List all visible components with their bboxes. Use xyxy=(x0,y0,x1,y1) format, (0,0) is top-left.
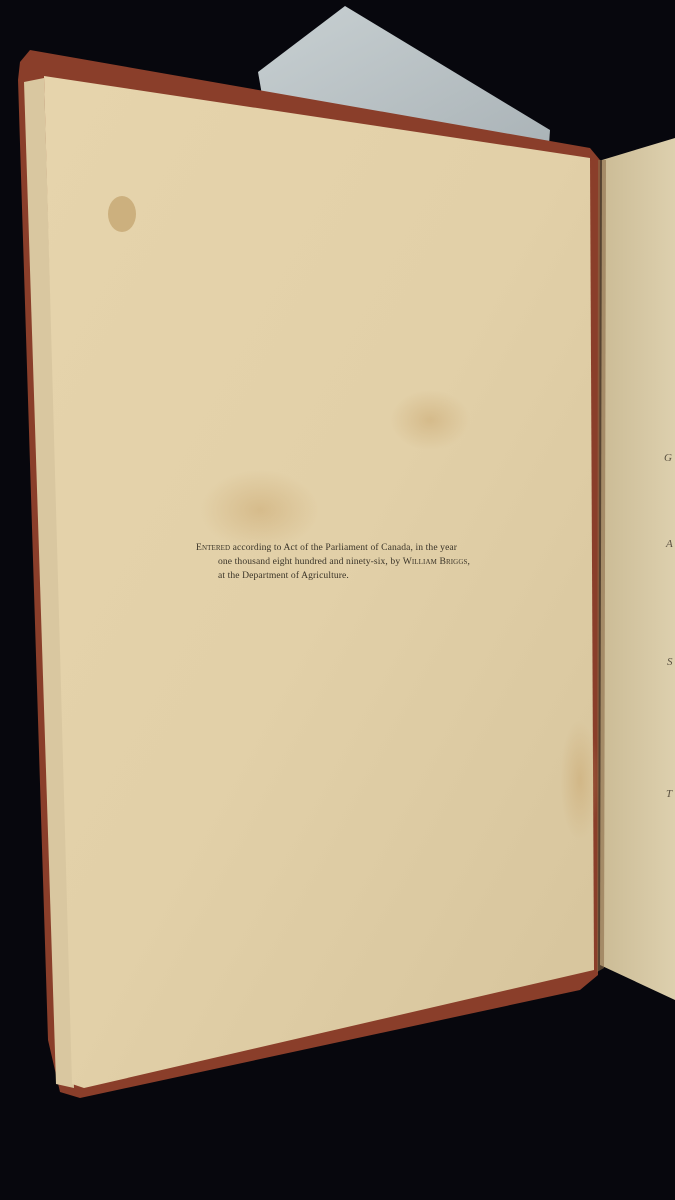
right-page-letter: T xyxy=(666,788,672,800)
book-illustration xyxy=(0,0,675,1200)
right-page xyxy=(600,138,675,1000)
copyright-line-2: one thousand eight hundred and ninety-si… xyxy=(196,555,546,569)
book-photo: Entered according to Act of the Parliame… xyxy=(0,0,675,1200)
right-page-letter: A xyxy=(666,538,673,550)
right-page-letter: G xyxy=(664,452,672,464)
right-page-letter: S xyxy=(667,656,673,668)
copyright-line-1: Entered according to Act of the Parliame… xyxy=(196,541,546,555)
copyright-notice: Entered according to Act of the Parliame… xyxy=(196,541,546,583)
publisher-name: William Briggs xyxy=(403,556,468,567)
copyright-line-3: at the Department of Agriculture. xyxy=(196,569,546,583)
